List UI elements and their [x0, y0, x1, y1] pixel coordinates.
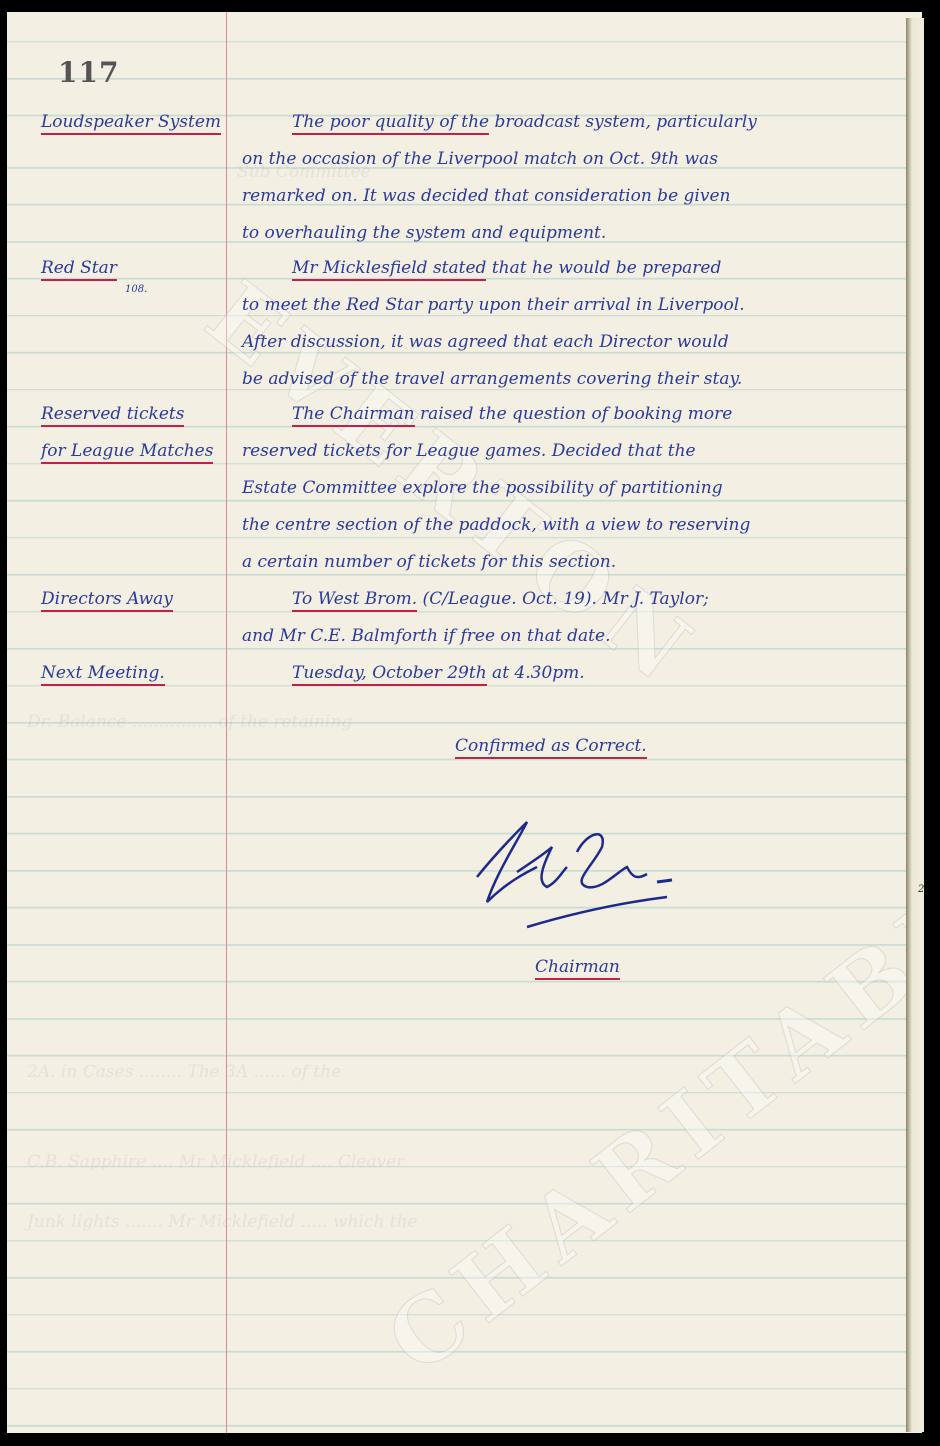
page-number: 117 — [58, 56, 119, 89]
entry-line: on the occasion of the Liverpool match o… — [242, 149, 718, 169]
chairman-signature: E. Searle — [457, 812, 697, 942]
entry-line: to meet the Red Star party upon their ar… — [242, 295, 745, 315]
entry-line: remarked on. It was decided that conside… — [242, 186, 730, 206]
entry-heading-next-meeting: Next Meeting. — [41, 663, 165, 686]
bleed-through-text: Junk lights ....... Mr Micklefield .....… — [27, 1212, 418, 1232]
entry-line: Estate Committee explore the possibility… — [242, 478, 723, 498]
entry-line: Tuesday, October 29th at 4.30pm. — [292, 663, 585, 683]
edge-mark: 2 — [918, 884, 924, 895]
entry-line: The poor quality of the broadcast system… — [292, 112, 757, 132]
next-page-edge — [906, 18, 924, 1432]
entry-line: After discussion, it was agreed that eac… — [242, 332, 729, 352]
ledger-page: Sub Committee Dr. Balance ..............… — [7, 12, 922, 1433]
underlined-phrase: Tuesday, October 29th — [292, 663, 487, 686]
entry-heading-directors-away: Directors Away — [41, 589, 173, 612]
entry-heading-red-star: Red Star — [41, 258, 117, 281]
entry-heading-league-matches: for League Matches — [41, 441, 213, 464]
entry-line: Mr Micklesfield stated that he would be … — [292, 258, 721, 278]
entry-line: and Mr C.E. Balmforth if free on that da… — [242, 626, 610, 646]
bleed-through-text: C.B. Sapphire .... Mr Micklefield .... C… — [27, 1152, 404, 1172]
entry-line: The Chairman raised the question of book… — [292, 404, 732, 424]
underlined-phrase: Mr Micklesfield stated — [292, 258, 486, 281]
entry-line: be advised of the travel arrangements co… — [242, 369, 742, 389]
underlined-phrase: The poor quality of the — [292, 112, 489, 135]
entry-line: reserved tickets for League games. Decid… — [242, 441, 696, 461]
confirmation-text: Confirmed as Correct. — [455, 736, 647, 759]
entry-heading-loudspeaker: Loudspeaker System — [41, 112, 221, 135]
underlined-phrase: The Chairman — [292, 404, 415, 427]
reference-note: 108. — [125, 284, 147, 295]
entry-line: the centre section of the paddock, with … — [242, 515, 750, 535]
entry-line: a certain number of tickets for this sec… — [242, 552, 616, 572]
underlined-phrase: To West Brom. — [292, 589, 417, 612]
signatory-title: Chairman — [535, 957, 620, 980]
bleed-through-text: Dr. Balance ............... of the retai… — [27, 712, 352, 732]
entry-line: to overhauling the system and equipment. — [242, 223, 606, 243]
entry-line: To West Brom. (C/League. Oct. 19). Mr J.… — [292, 589, 709, 609]
entry-heading-reserved-tickets: Reserved tickets — [41, 404, 184, 427]
bleed-through-text: 2A. in Cases ........ The 3A ...... of t… — [27, 1062, 341, 1082]
